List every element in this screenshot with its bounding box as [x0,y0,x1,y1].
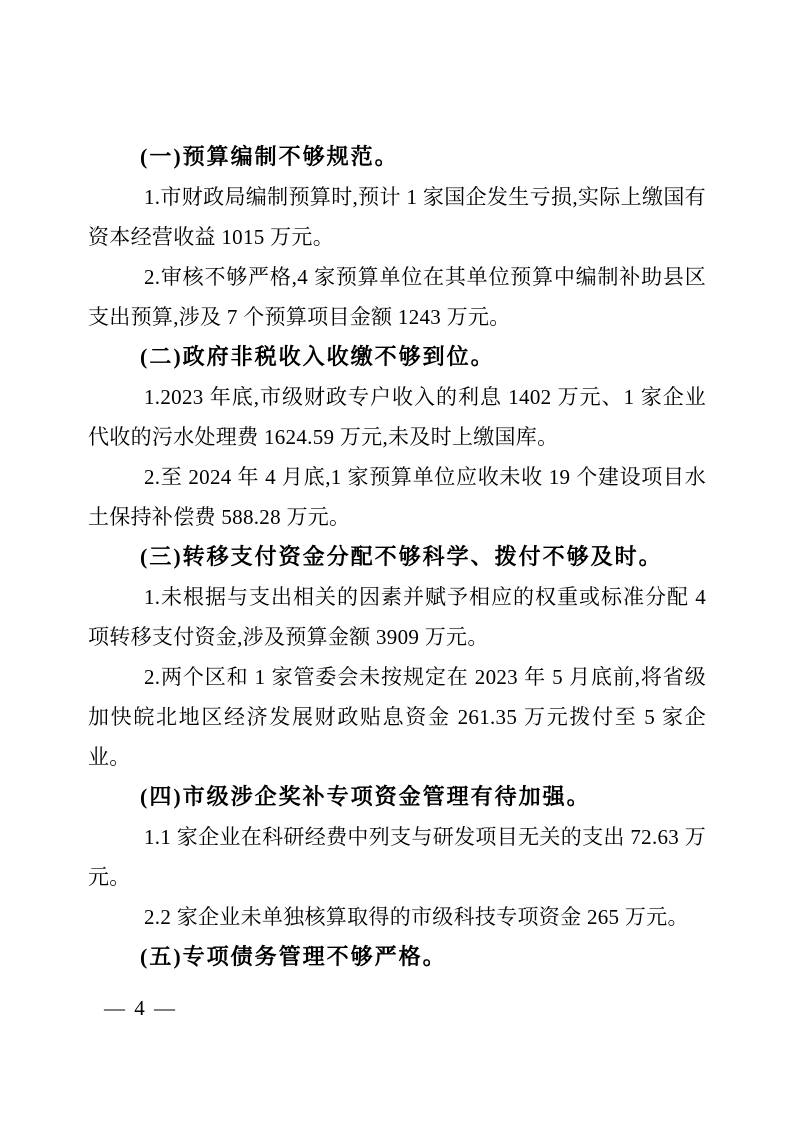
page-number: — 4 — [104,996,177,1020]
section-2-paragraph-1: 1.2023 年底,市级财政专户收入的利息 1402 万元、1 家企业代收的污水… [88,377,706,457]
section-3-paragraph-2: 2.两个区和 1 家管委会未按规定在 2023 年 5 月底前,将省级加快皖北地… [88,657,706,777]
section-3-heading: (三)转移支付资金分配不够科学、拨付不够及时。 [88,537,706,577]
section-4-paragraph-2: 2.2 家企业未单独核算取得的市级科技专项资金 265 万元。 [88,897,706,937]
section-1-paragraph-2: 2.审核不够严格,4 家预算单位在其单位预算中编制补助县区支出预算,涉及 7 个… [88,257,706,337]
section-1-paragraph-1: 1.市财政局编制预算时,预计 1 家国企发生亏损,实际上缴国有资本经营收益 10… [88,177,706,257]
section-4-paragraph-1: 1.1 家企业在科研经费中列支与研发项目无关的支出 72.63 万元。 [88,817,706,897]
section-5-heading: (五)专项债务管理不够严格。 [88,937,706,977]
section-3-paragraph-1: 1.未根据与支出相关的因素并赋予相应的权重或标准分配 4 项转移支付资金,涉及预… [88,577,706,657]
document-page: (一)预算编制不够规范。 1.市财政局编制预算时,预计 1 家国企发生亏损,实际… [0,0,793,1122]
page-content: (一)预算编制不够规范。 1.市财政局编制预算时,预计 1 家国企发生亏损,实际… [88,137,706,977]
section-1-heading: (一)预算编制不够规范。 [88,137,706,177]
section-2-heading: (二)政府非税收入收缴不够到位。 [88,337,706,377]
section-4-heading: (四)市级涉企奖补专项资金管理有待加强。 [88,777,706,817]
page-footer: — 4 — [104,995,177,1021]
section-2-paragraph-2: 2.至 2024 年 4 月底,1 家预算单位应收未收 19 个建设项目水土保持… [88,457,706,537]
